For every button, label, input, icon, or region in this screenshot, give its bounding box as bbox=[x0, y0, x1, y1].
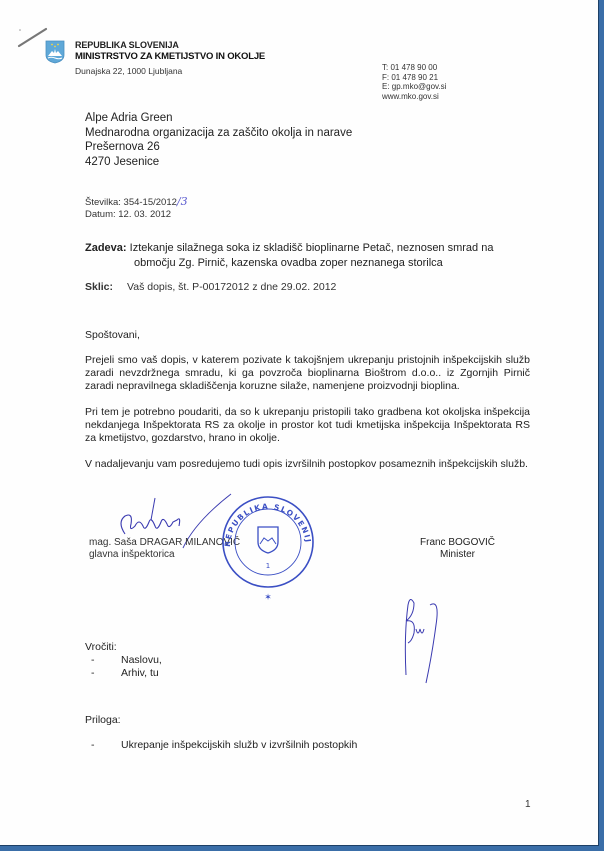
delivery-label: Vročiti: bbox=[85, 641, 162, 654]
reference-date: Datum: 12. 03. 2012 bbox=[85, 209, 188, 221]
ministry-address: Dunajska 22, 1000 Ljubljana bbox=[75, 66, 182, 76]
delivery-list: Vročiti: -Naslovu, -Arhiv, tu bbox=[85, 641, 162, 680]
attachment-item: -Ukrepanje inšpekcijskih služb v izvršil… bbox=[91, 739, 357, 751]
contact-block: T: 01 478 90 00 F: 01 478 90 21 E: gp.mk… bbox=[382, 63, 446, 101]
signature-minister-icon bbox=[400, 585, 450, 685]
body-paragraph-2: Pri tem je potrebno poudariti, da so k u… bbox=[85, 406, 530, 445]
subject-line-2: območju Zg. Pirnič, kazenska ovadba zope… bbox=[85, 256, 493, 271]
handwritten-suffix: /3 bbox=[177, 195, 188, 208]
contact-fax: F: 01 478 90 21 bbox=[382, 73, 446, 83]
reference-number: Številka: 354-15/2012/3 bbox=[85, 196, 188, 209]
signatory-right-title: Minister bbox=[420, 549, 495, 561]
reference-block: Številka: 354-15/2012/3 Datum: 12. 03. 2… bbox=[85, 196, 188, 220]
page-number: 1 bbox=[525, 799, 531, 810]
contact-phone: T: 01 478 90 00 bbox=[382, 63, 446, 73]
body-paragraph-1: Prejeli smo vaš dopis, v katerem pozivat… bbox=[85, 354, 530, 393]
slovenia-coat-of-arms-icon bbox=[45, 40, 65, 64]
recipient-organization: Mednarodna organizacija za zaščito okolj… bbox=[85, 126, 352, 141]
delivery-item: -Arhiv, tu bbox=[85, 667, 162, 680]
svg-text:✶: ✶ bbox=[264, 593, 272, 603]
recipient-address: Alpe Adria Green Mednarodna organizacija… bbox=[85, 111, 352, 169]
subject-line-1: Iztekanje silažnega soka iz skladišč bio… bbox=[130, 242, 494, 254]
svg-text:1: 1 bbox=[266, 562, 270, 570]
recipient-street: Prešernova 26 bbox=[85, 140, 352, 155]
signatory-right-name: Franc BOGOVIČ bbox=[420, 537, 495, 549]
signatory-right: Franc BOGOVIČ Minister bbox=[420, 537, 495, 561]
attachments-label: Priloga: bbox=[85, 714, 121, 726]
sklic-block: Sklic:Vaš dopis, št. P-00172012 z dne 29… bbox=[85, 281, 336, 293]
delivery-item: -Naslovu, bbox=[85, 654, 162, 667]
contact-website[interactable]: www.mko.gov.si bbox=[382, 92, 446, 102]
subject-block: Zadeva: Iztekanje silažnega soka iz skla… bbox=[85, 241, 493, 271]
sklic-label: Sklic: bbox=[85, 281, 113, 293]
recipient-city: 4270 Jesenice bbox=[85, 155, 352, 170]
republic-name: REPUBLIKA SLOVENIJA bbox=[75, 40, 179, 50]
ministry-name: MINISTRSTVO ZA KMETIJSTVO IN OKOLJE bbox=[75, 51, 265, 62]
document-page: REPUBLIKA SLOVENIJA MINISTRSTVO ZA KMETI… bbox=[0, 0, 604, 851]
body-paragraph-3: V nadaljevanju vam posredujemo tudi opis… bbox=[85, 458, 530, 471]
contact-email[interactable]: E: gp.mko@gov.si bbox=[382, 82, 446, 92]
greeting: Spoštovani, bbox=[85, 329, 530, 342]
official-stamp-icon: REPUBLIKA SLOVENIJA 1 ✶ bbox=[218, 492, 318, 604]
recipient-name: Alpe Adria Green bbox=[85, 111, 352, 126]
subject-label: Zadeva: bbox=[85, 242, 127, 254]
sklic-text: Vaš dopis, št. P-00172012 z dne 29.02. 2… bbox=[127, 281, 336, 293]
